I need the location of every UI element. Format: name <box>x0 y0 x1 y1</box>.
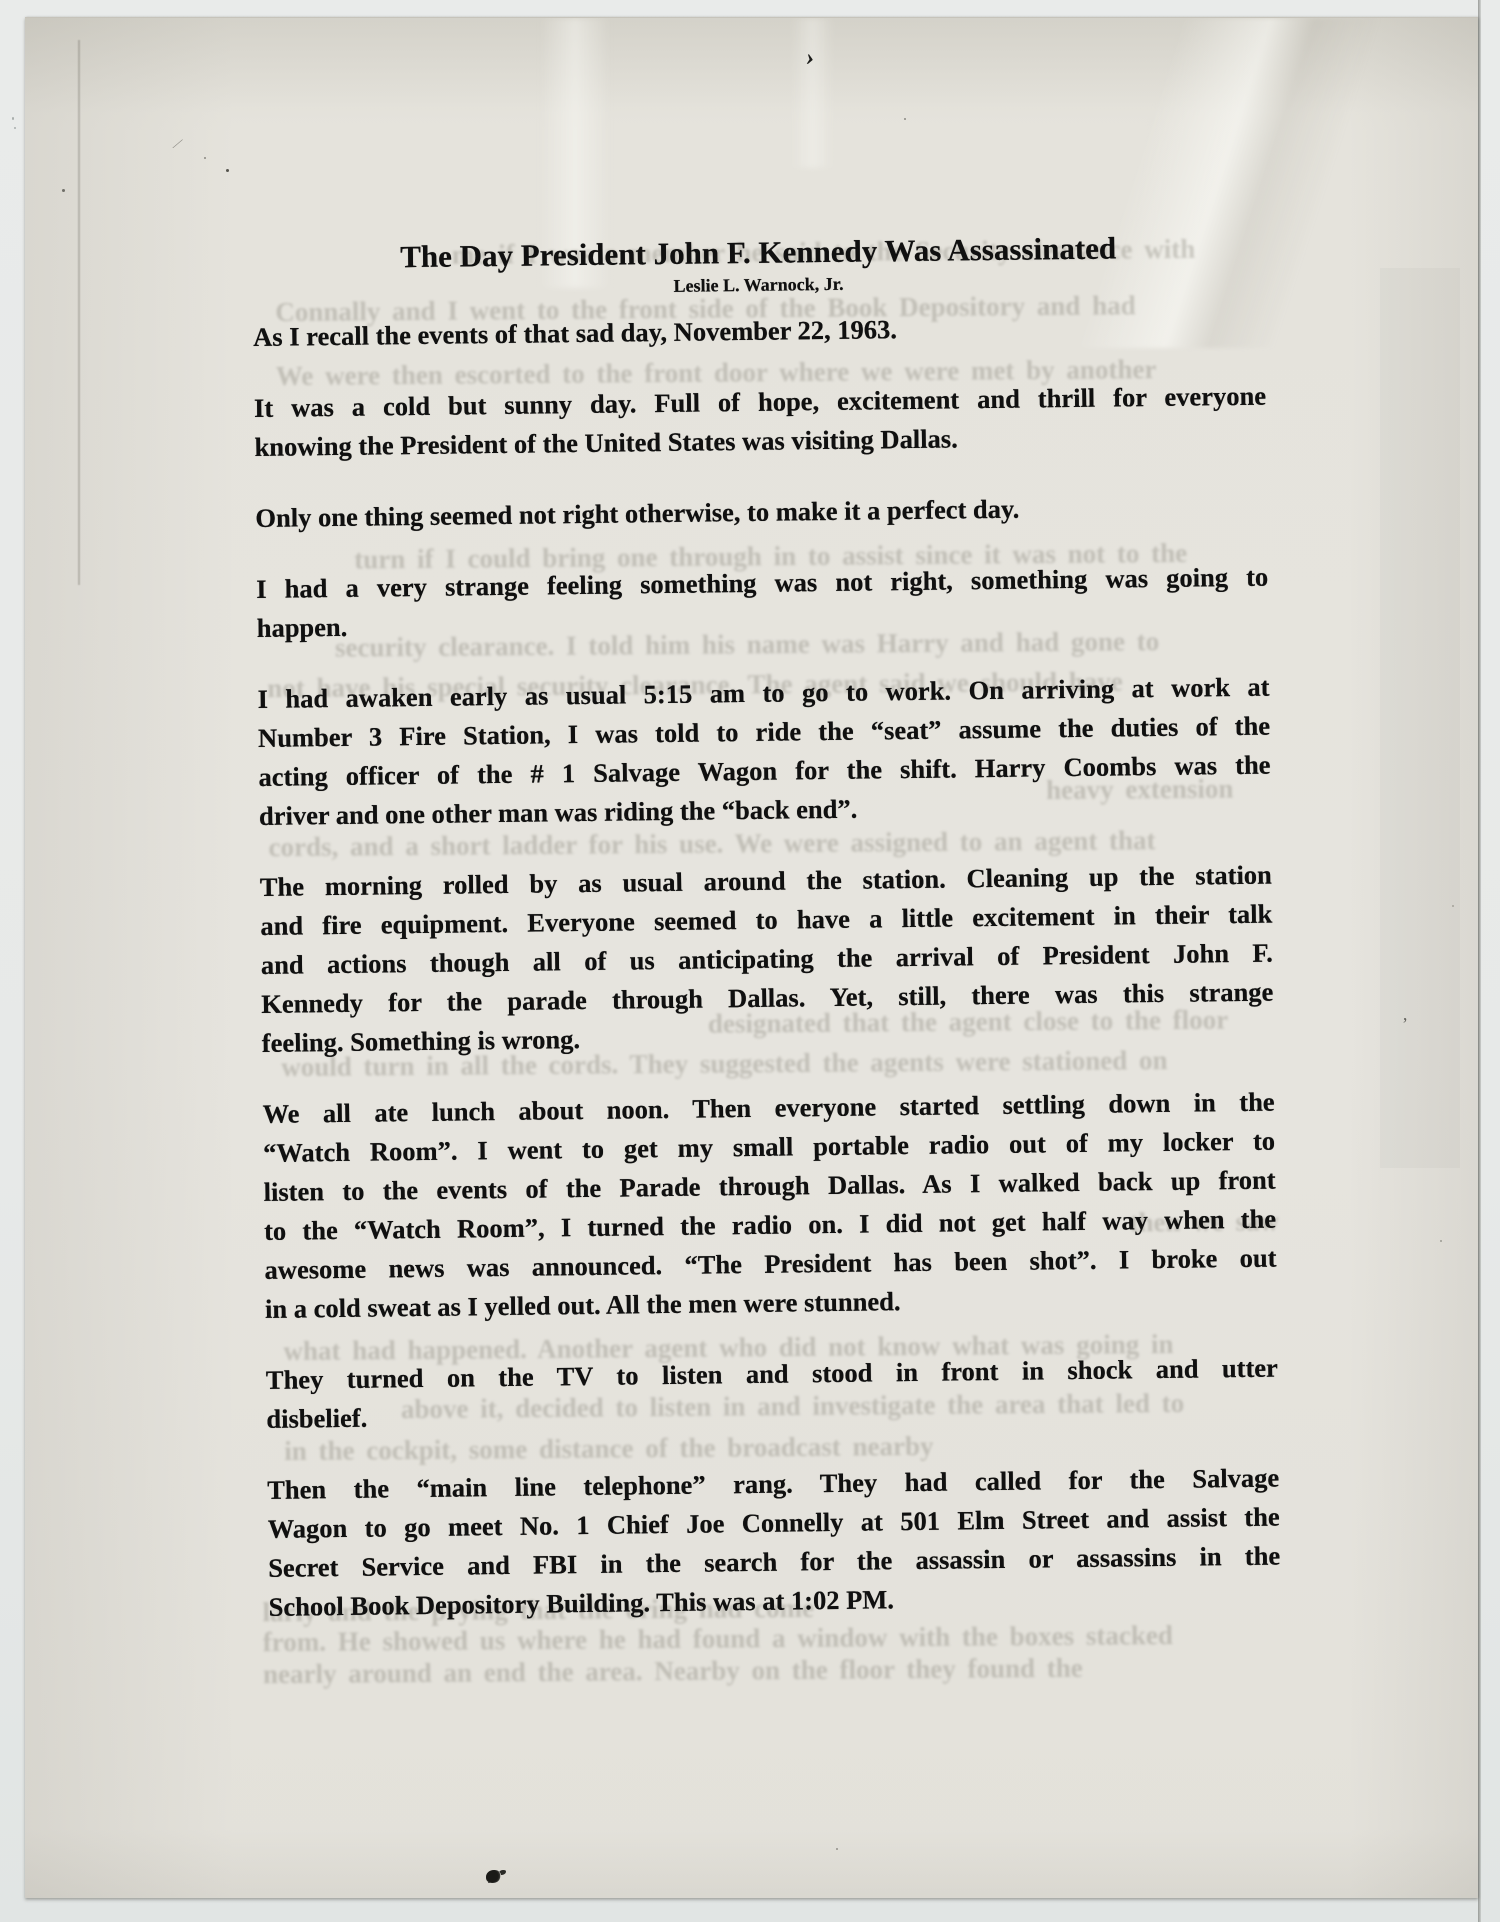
dust-speck <box>14 127 16 129</box>
ghost-text-line: nearly around an end the area. Nearby on… <box>263 1653 1083 1690</box>
dust-speck <box>1440 1240 1442 1242</box>
paper-shading-top <box>25 18 1478 113</box>
paper-crease-left <box>78 40 80 585</box>
dust-speck <box>12 117 14 120</box>
dust-speck <box>204 157 206 159</box>
paper-wrinkle-top <box>790 18 835 168</box>
paragraph: As I recall the events of that sad day, … <box>253 306 1265 357</box>
paragraph: We all ate lunch about noon. Then everyo… <box>262 1083 1277 1329</box>
dust-speck <box>62 189 65 192</box>
text-line: As I recall the events of that sad day, … <box>253 306 1265 357</box>
paper-shading-right <box>1348 18 1478 1898</box>
dust-speck <box>1452 905 1454 907</box>
paragraph: The morning rolled by as usual around th… <box>260 856 1274 1063</box>
paragraph: I had awaken early as usual 5:15 am to g… <box>257 668 1271 836</box>
text-line: Only one thing seemed not right otherwis… <box>255 487 1267 538</box>
stray-apostrophe-mark: ’ <box>1402 1014 1408 1035</box>
paper-shading-mid-right <box>1380 268 1460 1168</box>
dust-speck <box>226 169 229 172</box>
paragraph: Only one thing seemed not right otherwis… <box>255 487 1267 538</box>
scanner-background: { "document": { "title": "The Day Presid… <box>0 0 1500 1922</box>
paragraph: I had a very strange feeling something w… <box>256 558 1269 648</box>
dust-speck <box>904 118 906 120</box>
document-text: The Day President John F. Kennedy Was As… <box>252 229 1281 1659</box>
scanned-page: me if I was a member he said to the Secu… <box>25 17 1478 1898</box>
paper-shading-bottom <box>25 1828 1478 1898</box>
scan-edge-seam <box>1478 0 1481 1922</box>
paragraph: Then the “main line telephone” rang. The… <box>267 1459 1281 1627</box>
dust-speck <box>836 1848 838 1850</box>
paragraph: They turned on the TV to listen and stoo… <box>266 1349 1279 1439</box>
paper-shading-left <box>25 18 235 1898</box>
paragraph: It was a cold but sunny day. Full of hop… <box>254 377 1267 467</box>
